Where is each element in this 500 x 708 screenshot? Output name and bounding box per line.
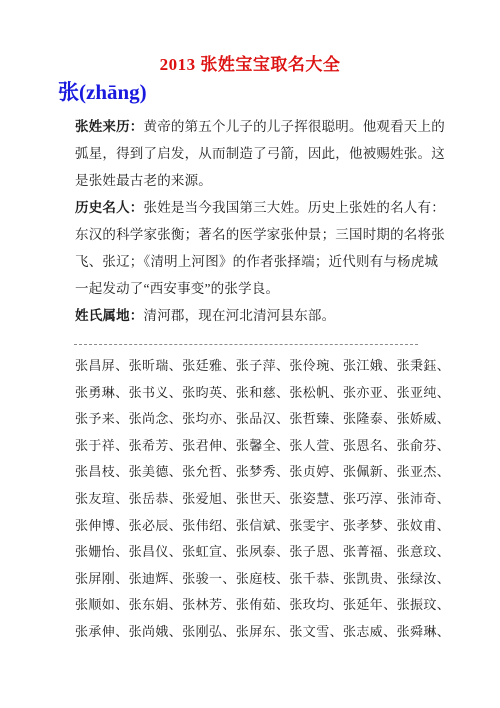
name-list: 张昌屏、张昕瑞、张廷雅、张子萍、张伶琬、张江娥、张秉鈺、 张勇琳、张书义、张昀英… (75, 353, 450, 646)
name-line: 张于祥、张希芳、张君伸、张馨全、张人萱、张恩名、张俞芬、 (75, 433, 450, 460)
paragraph-line: 一起发动了“西安事变”的张学良。 (75, 275, 445, 302)
paragraph-line: 东汉的科学家张衡；著名的医学家张仲景；三国时期的名将张 (75, 221, 445, 248)
intro-paragraphs: 张姓来历：黄帝的第五个儿子的儿子挥很聪明。他观看天上的 弧星，得到了启发，从而制… (75, 113, 445, 329)
name-line: 张伸博、张必辰、张伟绍、张信斌、张雯宇、张孝梦、张妏甫、 (75, 513, 450, 540)
paragraph-label: 历史名人： (75, 200, 144, 215)
paragraph-line: 姓氏属地：清河郡，现在河北清河县东部。 (75, 302, 445, 329)
name-line: 张屏刚、张迪辉、张骏一、张庭枝、张千恭、张凯贵、张绿汝、 (75, 566, 450, 593)
paragraph-line: 弧星，得到了启发，从而制造了弓箭，因此，他被赐姓张。这 (75, 140, 445, 167)
document-page: 2013 张姓宝宝取名大全 张(zhāng) 张姓来历：黄帝的第五个儿子的儿子挥… (0, 0, 500, 708)
name-line: 张昌屏、张昕瑞、张廷雅、张子萍、张伶琬、张江娥、张秉鈺、 (75, 353, 450, 380)
paragraph-text: 黄帝的第五个儿子的儿子挥很聪明。他观看天上的 (144, 119, 445, 134)
name-line: 张顺如、张东娟、张林芳、张侑茹、张玫均、张延年、张振玟、 (75, 592, 450, 619)
paragraph-line: 飞、张辽；《清明上河图》的作者张择端；近代则有与杨虎城 (75, 248, 445, 275)
name-line: 张昌枝、张美德、张允哲、张梦秀、张贞婷、张佩新、张亚杰、 (75, 459, 450, 486)
paragraph-line: 历史名人：张姓是当今我国第三大姓。历史上张姓的名人有： (75, 194, 445, 221)
surname-heading: 张(zhāng) (58, 79, 500, 105)
document-title: 2013 张姓宝宝取名大全 (0, 54, 500, 76)
name-line: 张予来、张尚念、张均亦、张品汉、张哲臻、张隆泰、张娇威、 (75, 406, 450, 433)
paragraph-text: 张姓是当今我国第三大姓。历史上张姓的名人有： (144, 200, 445, 215)
paragraph-line: 张姓来历：黄帝的第五个儿子的儿子挥很聪明。他观看天上的 (75, 113, 445, 140)
name-line: 张承伸、张尚娥、张刚弘、张屏东、张文雪、张志威、张舜琳、 (75, 619, 450, 646)
paragraph-text: 清河郡，现在河北清河县东部。 (144, 308, 336, 323)
paragraph-line: 是张姓最古老的来源。 (75, 167, 445, 194)
dashed-divider (74, 344, 418, 345)
name-line: 张友瑄、张岳恭、张爱旭、张世天、张姿慧、张巧淳、张沛奇、 (75, 486, 450, 513)
paragraph-label: 姓氏属地： (75, 308, 144, 323)
name-line: 张姗怡、张昌仪、张虹宣、张夙泰、张子恩、张菁福、张意玟、 (75, 539, 450, 566)
name-line: 张勇琳、张书义、张昀英、张和慈、张松帆、张亦亚、张亚纯、 (75, 380, 450, 407)
paragraph-label: 张姓来历： (75, 119, 144, 134)
